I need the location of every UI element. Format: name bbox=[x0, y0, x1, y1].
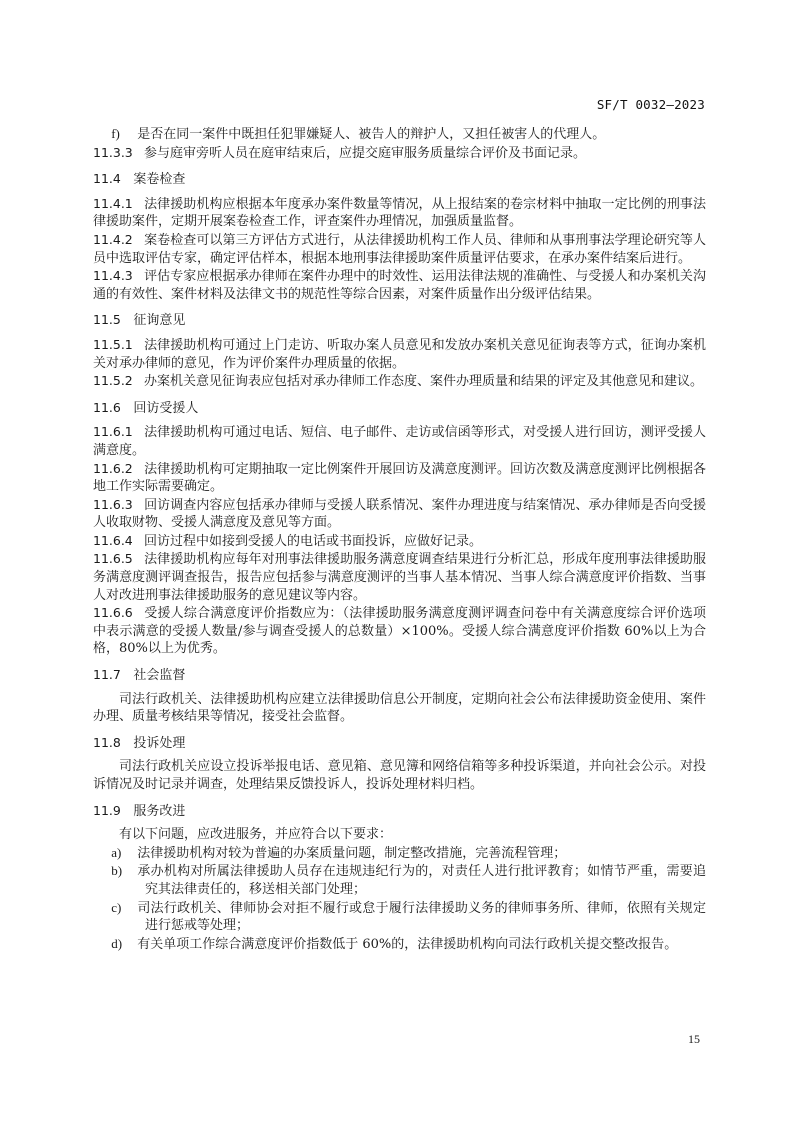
clause-text: 回访调查内容应包括承办律师与受援人联系情况、案件办理进度与结案情况、承办律师是否… bbox=[93, 498, 706, 531]
clause-11-3-3: 11.3.3参与庭审旁听人员在庭审结束后，应提交庭审服务质量综合评价及书面记录。 bbox=[93, 144, 706, 163]
clause-11-6-2: 11.6.2法律援助机构可定期抽取一定比例案件开展回访及满意度测评。回访次数及满… bbox=[93, 460, 706, 496]
heading-text: 征询意见 bbox=[133, 313, 185, 328]
heading-text: 回访受援人 bbox=[133, 401, 198, 416]
list-label: c) bbox=[111, 899, 137, 917]
clause-text: 回访过程中如接到受援人的电话或书面投诉，应做好记录。 bbox=[144, 534, 482, 549]
heading-number: 11.4 bbox=[93, 171, 121, 186]
clause-number: 11.6.5 bbox=[93, 551, 133, 566]
clause-number: 11.6.4 bbox=[93, 533, 133, 548]
section-heading-11-7: 11.7社会监督 bbox=[93, 666, 706, 685]
list-label: a) bbox=[111, 844, 137, 862]
clause-11-4-1: 11.4.1法律援助机构应根据本年度承办案件数量等情况，从上报结案的卷宗材料中抽… bbox=[93, 195, 706, 231]
list-text: 承办机构对所属法律援助人员存在违规违纪行为的，对责任人进行批评教育；如情节严重，… bbox=[137, 864, 706, 897]
paragraph-complaint-handling: 司法行政机关应设立投诉举报电话、意见箱、意见簿和网络信箱等多种投诉渠道，并向社会… bbox=[93, 758, 706, 793]
clause-text: 法律援助机构可通过电话、短信、电子邮件、走访或信函等形式，对受援人进行回访，测评… bbox=[93, 425, 706, 458]
list-item-c: c)司法行政机关、律师协会对拒不履行或怠于履行法律援助义务的律师事务所、律师，依… bbox=[111, 899, 706, 935]
list-text: 司法行政机关、律师协会对拒不履行或怠于履行法律援助义务的律师事务所、律师，依照有… bbox=[137, 901, 706, 934]
heading-text: 社会监督 bbox=[133, 668, 185, 683]
clause-text: 评估专家应根据承办律师在案件办理中的时效性、运用法律法规的准确性、与受援人和办案… bbox=[93, 269, 706, 302]
clause-11-6-4: 11.6.4回访过程中如接到受援人的电话或书面投诉，应做好记录。 bbox=[93, 532, 706, 551]
heading-number: 11.5 bbox=[93, 312, 121, 327]
section-heading-11-8: 11.8投诉处理 bbox=[93, 734, 706, 753]
heading-number: 11.7 bbox=[93, 667, 121, 682]
clause-number: 11.6.6 bbox=[93, 605, 133, 620]
list-text: 法律援助机构对较为普遍的办案质量问题，制定整改措施，完善流程管理； bbox=[137, 846, 566, 861]
clause-text: 法律援助机构可定期抽取一定比例案件开展回访及满意度测评。回访次数及满意度测评比例… bbox=[93, 462, 706, 495]
clause-text: 参与庭审旁听人员在庭审结束后，应提交庭审服务质量综合评价及书面记录。 bbox=[144, 146, 586, 161]
clause-11-4-2: 11.4.2案卷检查可以第三方评估方式进行，从法律援助机构工作人员、律师和从事刑… bbox=[93, 231, 706, 267]
heading-text: 案卷检查 bbox=[133, 172, 185, 187]
list-label: d) bbox=[111, 935, 137, 953]
section-heading-11-6: 11.6回访受援人 bbox=[93, 399, 706, 418]
clause-11-6-1: 11.6.1法律援助机构可通过电话、短信、电子邮件、走访或信函等形式，对受援人进… bbox=[93, 423, 706, 459]
clause-number: 11.5.2 bbox=[93, 373, 133, 388]
clause-text: 受援人综合满意度评价指数应为：（法律援助服务满意度测评调查问卷中有关满意度综合评… bbox=[93, 606, 706, 656]
section-heading-11-5: 11.5征询意见 bbox=[93, 311, 706, 330]
clause-text: 办案机关意见征询表应包括对承办律师工作态度、案件办理质量和结果的评定及其他意见和… bbox=[144, 374, 703, 389]
clause-number: 11.4.3 bbox=[93, 268, 133, 283]
clause-text: 法律援助机构可通过上门走访、听取办案人员意见和发放办案机关意见征询表等方式，征询… bbox=[93, 338, 706, 371]
clause-number: 11.6.3 bbox=[93, 497, 133, 512]
paragraph-service-improvement-intro: 有以下问题，应改进服务，并应符合以下要求： bbox=[93, 826, 706, 844]
clause-text: 法律援助机构应每年对刑事法律援助服务满意度调查结果进行分析汇总，形成年度刑事法律… bbox=[93, 552, 706, 602]
list-item-f: f)是否在同一案件中既担任犯罪嫌疑人、被告人的辩护人，又担任被害人的代理人。 bbox=[111, 125, 706, 144]
list-item-a: a)法律援助机构对较为普遍的办案质量问题，制定整改措施，完善流程管理； bbox=[111, 844, 706, 863]
list-label: f) bbox=[111, 125, 137, 143]
clause-text: 案卷检查可以第三方评估方式进行，从法律援助机构工作人员、律师和从事刑事法学理论研… bbox=[93, 233, 706, 266]
section-heading-11-9: 11.9服务改进 bbox=[93, 802, 706, 821]
list-item-b: b)承办机构对所属法律援助人员存在违规违纪行为的，对责任人进行批评教育；如情节严… bbox=[111, 862, 706, 898]
clause-number: 11.4.1 bbox=[93, 196, 133, 211]
list-label: b) bbox=[111, 862, 137, 880]
clause-11-5-1: 11.5.1法律援助机构可通过上门走访、听取办案人员意见和发放办案机关意见征询表… bbox=[93, 336, 706, 372]
list-text: 有关单项工作综合满意度评价指数低于 60%的，法律援助机构向司法行政机关提交整改… bbox=[137, 937, 677, 952]
clause-11-6-3: 11.6.3回访调查内容应包括承办律师与受援人联系情况、案件办理进度与结案情况、… bbox=[93, 496, 706, 532]
page-number: 15 bbox=[688, 1032, 700, 1047]
heading-number: 11.9 bbox=[93, 803, 121, 818]
heading-text: 投诉处理 bbox=[133, 736, 185, 751]
list-text: 是否在同一案件中既担任犯罪嫌疑人、被告人的辩护人，又担任被害人的代理人。 bbox=[137, 127, 605, 142]
clause-11-6-5: 11.6.5法律援助机构应每年对刑事法律援助服务满意度调查结果进行分析汇总，形成… bbox=[93, 550, 706, 604]
clause-text: 法律援助机构应根据本年度承办案件数量等情况，从上报结案的卷宗材料中抽取一定比例的… bbox=[93, 197, 706, 230]
clause-number: 11.3.3 bbox=[93, 145, 133, 160]
clause-11-5-2: 11.5.2办案机关意见征询表应包括对承办律师工作态度、案件办理质量和结果的评定… bbox=[93, 372, 706, 391]
paragraph-social-supervision: 司法行政机关、法律援助机构应建立法律援助信息公开制度，定期向社会公布法律援助资金… bbox=[93, 691, 706, 726]
clause-number: 11.4.2 bbox=[93, 232, 133, 247]
document-body: f)是否在同一案件中既担任犯罪嫌疑人、被告人的辩护人，又担任被害人的代理人。 1… bbox=[93, 125, 706, 953]
heading-number: 11.8 bbox=[93, 735, 121, 750]
clause-number: 11.6.2 bbox=[93, 461, 133, 476]
heading-number: 11.6 bbox=[93, 400, 121, 415]
heading-text: 服务改进 bbox=[133, 804, 185, 819]
section-heading-11-4: 11.4案卷检查 bbox=[93, 170, 706, 189]
clause-number: 11.6.1 bbox=[93, 424, 133, 439]
clause-11-4-3: 11.4.3评估专家应根据承办律师在案件办理中的时效性、运用法律法规的准确性、与… bbox=[93, 267, 706, 303]
document-code: SF/T 0032—2023 bbox=[597, 97, 705, 112]
clause-number: 11.5.1 bbox=[93, 337, 133, 352]
list-item-d: d)有关单项工作综合满意度评价指数低于 60%的，法律援助机构向司法行政机关提交… bbox=[111, 935, 706, 954]
clause-11-6-6: 11.6.6受援人综合满意度评价指数应为：（法律援助服务满意度测评调查问卷中有关… bbox=[93, 604, 706, 658]
